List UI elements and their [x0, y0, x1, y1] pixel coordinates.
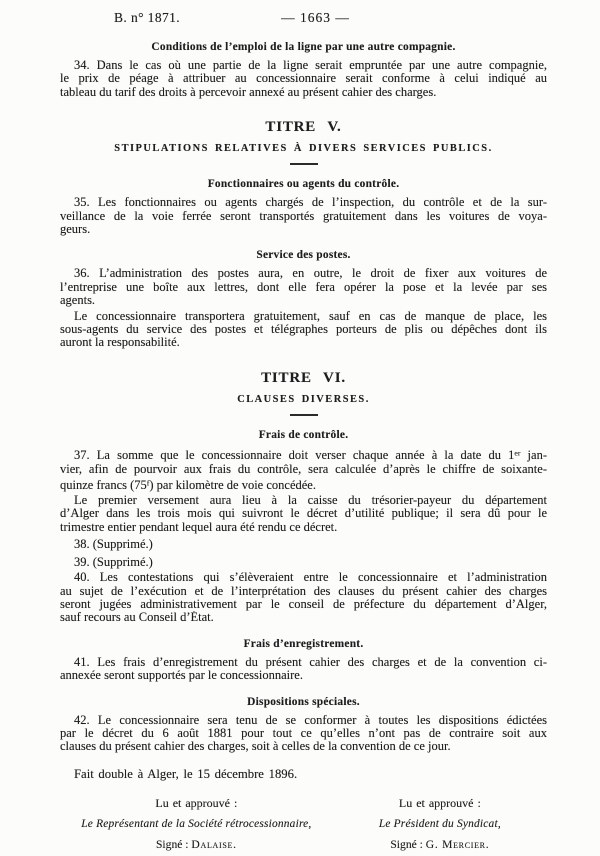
document-body: Conditions de l’emploi de la ligne par u… [60, 41, 547, 781]
approval-text: Lu et approuvé : [333, 796, 547, 811]
text-line: quinze francs (75f) par kilomètre de voi… [60, 476, 547, 492]
signed-label: Signé : [156, 838, 189, 851]
text-line: clauses du présent cahier des charges, s… [60, 740, 547, 753]
text-line: seront jugées administrativement par le … [60, 598, 547, 611]
text-line: agents. [60, 294, 547, 307]
text-line: au sujet de l’exécution et de l’interpré… [60, 585, 547, 598]
text-line: 37. La somme que le concessionnaire doit… [60, 447, 547, 463]
text-line: sous-agents du service des postes et tél… [60, 323, 547, 336]
text-line: 40. Les contestations qui s’élèveraient … [60, 571, 547, 584]
section-divider [60, 412, 547, 416]
text-line: 41. Les frais d’enregistrement du présen… [60, 656, 547, 669]
signatory-role: Le Président du Syndicat, [333, 818, 547, 830]
paragraph: Le premier versement aura lieu à la cais… [60, 494, 547, 534]
article-suppressed-line: 39. (Supprimé.) [60, 556, 547, 569]
paragraph: 42. Le concessionnaire sera tenu de se c… [60, 714, 547, 754]
text-line: Le concessionnaire transportera gratuite… [60, 310, 547, 323]
text-line: geurs. [60, 223, 547, 236]
signatory-name: G. Mercier. [426, 838, 490, 851]
text-line: sauf recours au Conseil d’État. [60, 611, 547, 624]
paragraph: 34. Dans le cas où une partie de la lign… [60, 59, 547, 99]
signature-right: Lu et approuvé : Le Président du Syndica… [333, 796, 547, 851]
article-suppressed-line: 38. (Supprimé.) [60, 538, 547, 551]
section-divider [60, 161, 547, 165]
subtitle-heading: CLAUSES DIVERSES. [60, 394, 547, 405]
dateline: Fait double à Alger, le 15 décembre 1896… [60, 767, 547, 781]
cross-heading: Frais de contrôle. [60, 429, 547, 441]
signature-block: Lu et approuvé : Le Représentant de la S… [60, 796, 547, 851]
cross-heading: Dispositions spéciales. [60, 696, 547, 708]
title-heading: TITRE V. [60, 119, 547, 136]
text-line: 42. Le concessionnaire sera tenu de se c… [60, 714, 547, 727]
text-line: par le décret du 6 août 1881 pour tout c… [60, 727, 547, 740]
signature-line: Signé : Dalaise. [60, 838, 333, 851]
text-line: tableau du tarif des droits à percevoir … [60, 86, 547, 99]
text-line: Le premier versement aura lieu à la cais… [60, 494, 547, 507]
signature-line: Signé : G. Mercier. [333, 838, 547, 851]
text-line: 35. Les fonctionnaires ou agents chargés… [60, 196, 547, 209]
cross-heading: Conditions de l’emploi de la ligne par u… [60, 41, 547, 53]
signed-label: Signé : [390, 838, 423, 851]
text-line: auront la responsabilité. [60, 336, 547, 349]
text-line: veillance de la voie ferrée seront trans… [60, 210, 547, 223]
text-line: 36. L’administration des postes aura, en… [60, 267, 547, 280]
text-line: l’entreprise une boîte aux lettres, dont… [60, 281, 547, 294]
text-line: annexée seront supportés par le concessi… [60, 669, 547, 682]
cross-heading: Service des postes. [60, 249, 547, 261]
text-line: vier, afin de pourvoir aux frais du cont… [60, 463, 547, 476]
text-line: trimestre entier pendant lequel aura été… [60, 521, 547, 534]
subtitle-heading: STIPULATIONS RELATIVES À DIVERS SERVICES… [60, 143, 547, 154]
text-line: 34. Dans le cas où une partie de la lign… [60, 59, 547, 72]
paragraph: 37. La somme que le concessionnaire doit… [60, 447, 547, 492]
signatory-role: Le Représentant de la Société rétrocessi… [60, 818, 333, 830]
scanned-document-page: B. n° 1871. — 1663 — Conditions de l’emp… [0, 0, 600, 856]
paragraph: 35. Les fonctionnaires ou agents chargés… [60, 196, 547, 236]
text-line: d’Alger dans les trois mois qui suivront… [60, 507, 547, 520]
paragraph: Le concessionnaire transportera gratuite… [60, 310, 547, 350]
paragraph: 41. Les frais d’enregistrement du présen… [60, 656, 547, 683]
cross-heading: Frais d’enregistrement. [60, 638, 547, 650]
text-line: le prix de péage à attribuer au concessi… [60, 72, 547, 85]
paragraph: 40. Les contestations qui s’élèveraient … [60, 571, 547, 625]
title-heading: TITRE VI. [60, 370, 547, 387]
approval-text: Lu et approuvé : [60, 796, 333, 811]
signatory-name: Dalaise. [191, 838, 236, 851]
page-header: B. n° 1871. — 1663 — [60, 10, 547, 28]
paragraph: 36. L’administration des postes aura, en… [60, 267, 547, 307]
page-number: — 1663 — [60, 10, 547, 26]
cross-heading: Fonctionnaires ou agents du contrôle. [60, 178, 547, 190]
signature-left: Lu et approuvé : Le Représentant de la S… [60, 796, 333, 851]
